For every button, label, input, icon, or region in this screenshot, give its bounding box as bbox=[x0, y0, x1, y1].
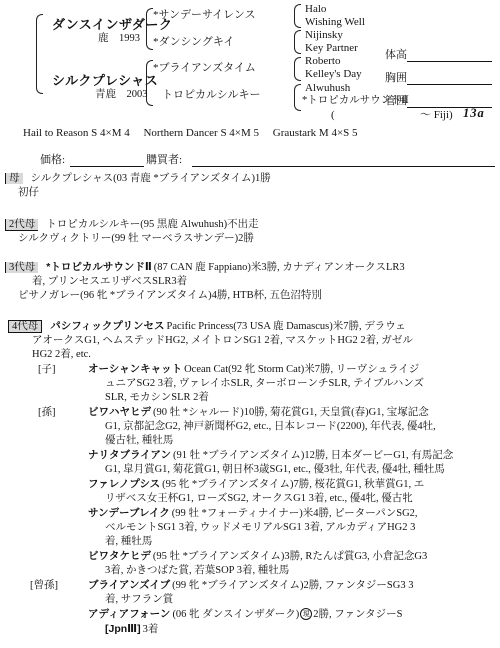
produce-line: 4代母パシフィックプリンセスPacific Princess(73 USA 鹿 … bbox=[0, 319, 500, 334]
dam-sire-name: *ブライアンズタイム bbox=[153, 62, 256, 74]
height-blank bbox=[407, 61, 492, 62]
sire-coat-year: 鹿 1993 bbox=[98, 33, 140, 45]
produce-text: シルクプレシャス(03 青鹿 *ブライアンズタイム)1勝 bbox=[31, 173, 271, 184]
produce-line: 初仔 bbox=[0, 186, 500, 200]
dam-coat-year: 青鹿 2003 bbox=[95, 89, 148, 101]
produce-line: 3着, かきつばた賞, 若葉SOP 3着, 種牡馬 bbox=[0, 564, 500, 578]
produce-line: G1, 皐月賞G1, 菊花賞G1, 朝日杯3歳SG1, etc., 優3牡, 年… bbox=[0, 463, 500, 477]
produce-line: G1, 京都記念G2, 神戸新聞杯G2, etc., 日本レコード(2200),… bbox=[0, 420, 500, 434]
inbreeding-line: Hail to Reason S 4×M 4 Northern Dancer S… bbox=[23, 127, 358, 139]
produce-text: トロピカルシルキー(95 黒鹿 Alwuhush)不出走 bbox=[46, 219, 258, 230]
produce-text: (90 牡 *シャルード)10勝, 菊花賞G1, 天皇賞(春)G1, 宝塚記念 bbox=[153, 407, 429, 418]
ancestor-wishing-well: Wishing Well bbox=[305, 16, 365, 28]
dam-sire-bracket bbox=[294, 57, 301, 81]
ancestor-kelleys-day: Kelley's Day bbox=[305, 68, 362, 80]
cannon-blank bbox=[407, 107, 492, 108]
produce-text: 3着 bbox=[143, 624, 159, 635]
family-number: 13a bbox=[463, 107, 485, 119]
relation-bracket: [曾孫] bbox=[30, 579, 88, 593]
ancestor-key-partner: Key Partner bbox=[305, 42, 358, 54]
produce-text: G1, 皐月賞G1, 菊花賞G1, 朝日杯3歳SG1, etc., 優3牡, 年… bbox=[105, 464, 445, 475]
produce-line: アオークスG1, ヘムステッドHG2, メイトロンSG1 2着, マスケットHG… bbox=[0, 334, 500, 348]
horse-name: ブライアンズイブ bbox=[88, 579, 170, 591]
produce-line: 着, 種牡馬 bbox=[0, 535, 500, 549]
produce-text: (91 牡 *ブライアンズタイム)12勝, 日本ダービーG1, 有馬記念 bbox=[173, 450, 453, 461]
produce-text: 優古牡, 種牡馬 bbox=[105, 435, 173, 446]
horse-name: サンデーブレイク bbox=[88, 507, 170, 519]
produce-text: (06 牝 ダンスインザダーク) bbox=[172, 609, 299, 620]
produce-line: アディアフォーン(06 牝 ダンスインザダーク)現2勝, ファンタジーS bbox=[0, 607, 500, 622]
horse-name: *トロピカルサウンドⅡ bbox=[46, 261, 152, 273]
sire-sire-name: *サンデーサイレンス bbox=[153, 9, 256, 21]
produce-line: [子]オーシャンキャットOcean Cat(92 牝 Storm Cat)米7勝… bbox=[0, 362, 500, 377]
produce-text: シルクヴィクトリー(99 牡 マーベラスサンデー)2勝 bbox=[18, 233, 254, 244]
ancestor-nijinsky: Nijinsky bbox=[305, 29, 343, 41]
produce-line: ピサノガレー(96 牝 *ブライアンズタイム)4勝, HTB杯, 五色沼特別 bbox=[0, 289, 500, 303]
cannon-label: 管囲 bbox=[385, 95, 407, 107]
produce-text: Pacific Princess(73 USA 鹿 Damascus)米7勝, … bbox=[167, 321, 406, 332]
horse-name: アディアフォーン bbox=[88, 608, 170, 620]
horse-name: ファレノプシス bbox=[88, 478, 160, 490]
produce-line: ュニアSG2 3着, ヴァレイホSLR, ターボローンチSLR, テイブルハンズ bbox=[0, 377, 500, 391]
dam-name: シルクプレシャス bbox=[52, 74, 158, 87]
dam-dam-name: トロピカルシルキー bbox=[162, 89, 260, 101]
horse-name: ビワタケヒデ bbox=[88, 550, 151, 562]
produce-line: HG2 2着, etc. bbox=[0, 348, 500, 362]
produce-line: SLR, モカシンSLR 2着 bbox=[0, 391, 500, 405]
produce-text: 着, サフラン賞 bbox=[105, 594, 173, 605]
produce-text: 初仔 bbox=[18, 187, 39, 198]
produce-text: ベルモントSG1 3着, ウッドメモリアルSG1 3着, アルカディアHG2 3 bbox=[105, 522, 415, 533]
produce-text: 着, プリンセスエリザベスSLR3着 bbox=[32, 276, 187, 287]
horse-name: パシフィックプリンセス bbox=[50, 320, 164, 332]
girth-label: 胸囲 bbox=[385, 72, 407, 84]
buyer-blank bbox=[192, 166, 495, 167]
produce-text: SLR, モカシンSLR 2着 bbox=[105, 392, 209, 403]
produce-line: ナリタブライアン(91 牡 *ブライアンズタイム)12勝, 日本ダービーG1, … bbox=[0, 448, 500, 463]
produce-text: HG2 2着, etc. bbox=[32, 349, 91, 360]
produce-line: [曾孫]ブライアンズイブ(99 牝 *ブライアンズタイム)2勝, ファンタジーS… bbox=[0, 578, 500, 593]
dam-dam-bracket bbox=[294, 84, 301, 111]
generation-label: 母 bbox=[5, 173, 23, 184]
price-blank bbox=[70, 166, 144, 167]
outer-bracket bbox=[36, 14, 43, 94]
produce-line: サンデーブレイク(99 牡 *フォーティナイナー)米4勝, ピーターパンSG2, bbox=[0, 506, 500, 521]
buyer-label: 購買者: bbox=[146, 154, 182, 166]
ancestor-halo: Halo bbox=[305, 3, 326, 15]
produce-line: ベルモントSG1 3着, ウッドメモリアルSG1 3着, アルカディアHG2 3 bbox=[0, 521, 500, 535]
produce-text: 着, 種牡馬 bbox=[105, 536, 152, 547]
produce-line: ビワタケヒデ(95 牡 *ブライアンズタイム)3勝, Rたんぱ賞G3, 小倉記念… bbox=[0, 549, 500, 564]
produce-text: (99 牡 *フォーティナイナー)米4勝, ピーターパンSG2, bbox=[172, 508, 418, 519]
produce-text: (99 牝 *ブライアンズタイム)2勝, ファンタジーSG3 3 bbox=[172, 580, 413, 591]
ancestor-alwuhush: Alwuhush bbox=[305, 82, 350, 94]
relation-bracket: [子] bbox=[38, 363, 88, 377]
produce-line: [JpnⅢ]3着 bbox=[0, 622, 500, 637]
family-tail: 〜 Fiji) bbox=[420, 109, 453, 121]
produce-line: [孫]ビワハヤヒデ(90 牡 *シャルード)10勝, 菊花賞G1, 天皇賞(春)… bbox=[0, 405, 500, 420]
produce-text: G1, 京都記念G2, 神戸新聞杯G2, etc., 日本レコード(2200),… bbox=[105, 421, 436, 432]
generation-label: 3代母 bbox=[5, 262, 38, 273]
horse-name: オーシャンキャット bbox=[88, 363, 182, 375]
sire-sire-bracket bbox=[294, 4, 301, 28]
generation-label: 2代母 bbox=[5, 219, 38, 231]
produce-line: 優古牡, 種牡馬 bbox=[0, 434, 500, 448]
produce-text: ュニアSG2 3着, ヴァレイホSLR, ターボローンチSLR, テイブルハンズ bbox=[105, 378, 424, 389]
produce-line: リザベス女王杯G1, ローズSG2, オークスG1 3着, etc., 優4牝,… bbox=[0, 492, 500, 506]
produce-line: 3代母*トロピカルサウンドⅡ(87 CAN 鹿 Fappiano)米3勝, カナ… bbox=[0, 260, 500, 275]
produce-line: シルクヴィクトリー(99 牡 マーベラスサンデー)2勝 bbox=[0, 232, 500, 246]
sire-dam-bracket bbox=[294, 30, 301, 54]
produce-line: 2代母トロピカルシルキー(95 黒鹿 Alwuhush)不出走 bbox=[0, 218, 500, 232]
produce-text: 2勝, ファンタジーS bbox=[313, 609, 402, 620]
status-mark: 現 bbox=[300, 608, 312, 620]
produce-text: リザベス女王杯G1, ローズSG2, オークスG1 3着, etc., 優4牝,… bbox=[105, 493, 413, 504]
price-label: 価格: bbox=[40, 154, 65, 166]
produce-line: 着, プリンセスエリザベスSLR3着 bbox=[0, 275, 500, 289]
produce-text: (87 CAN 鹿 Fappiano)米3勝, カナディアンオークスLR3 bbox=[154, 262, 405, 273]
produce-text: Ocean Cat(92 牝 Storm Cat)米7勝, リーヴシュライジ bbox=[184, 364, 419, 375]
produce-text: (95 牡 *ブライアンズタイム)3勝, Rたんぱ賞G3, 小倉記念G3 bbox=[153, 551, 427, 562]
produce-text: アオークスG1, ヘムステッドHG2, メイトロンSG1 2着, マスケットHG… bbox=[32, 335, 413, 346]
produce-record: 母シルクプレシャス(03 青鹿 *ブライアンズタイム)1勝初仔2代母トロピカルシ… bbox=[0, 172, 500, 637]
girth-blank bbox=[407, 84, 492, 85]
produce-text: (95 牝 *ブライアンズタイム)7勝, 桜花賞G1, 秋華賞G1, エ bbox=[162, 479, 424, 490]
height-label: 体高 bbox=[385, 49, 407, 61]
produce-line: 母シルクプレシャス(03 青鹿 *ブライアンズタイム)1勝 bbox=[0, 172, 500, 186]
produce-text: ピサノガレー(96 牝 *ブライアンズタイム)4勝, HTB杯, 五色沼特別 bbox=[18, 290, 322, 301]
ancestor-roberto: Roberto bbox=[305, 55, 340, 67]
horse-name: ナリタブライアン bbox=[88, 449, 171, 461]
produce-line: ファレノプシス(95 牝 *ブライアンズタイム)7勝, 桜花賞G1, 秋華賞G1… bbox=[0, 477, 500, 492]
horse-name: ビワハヤヒデ bbox=[88, 406, 151, 418]
produce-text: 3着, かきつばた賞, 若葉SOP 3着, 種牡馬 bbox=[105, 565, 289, 576]
relation-bracket: [孫] bbox=[38, 406, 88, 420]
generation-label: 4代母 bbox=[8, 320, 42, 333]
horse-name: [JpnⅢ] bbox=[105, 623, 141, 635]
family-open-paren: ( bbox=[331, 109, 335, 121]
produce-line: 着, サフラン賞 bbox=[0, 593, 500, 607]
sire-dam-name: *ダンシングキイ bbox=[153, 36, 234, 48]
pedigree-catalog-page: { "colors": { "ink": "#141414", "label_b… bbox=[0, 0, 500, 648]
